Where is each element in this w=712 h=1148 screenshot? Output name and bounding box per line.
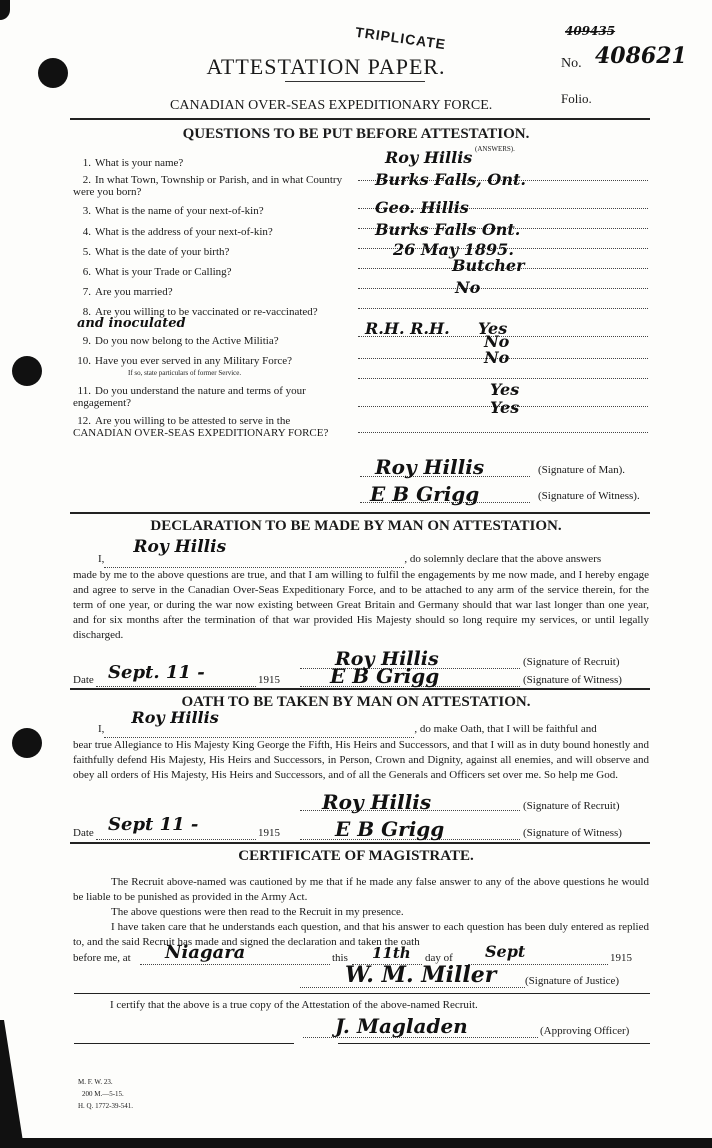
- declaration-heading: DECLARATION TO BE MADE BY MAN ON ATTESTA…: [0, 518, 712, 535]
- declaration-signature-witness: E B Grigg: [330, 664, 439, 688]
- question-row: 9.Do you now belong to the Active Militi…: [73, 335, 343, 347]
- approving-officer-label: (Approving Officer): [540, 1025, 629, 1037]
- answer-initials: R.H. R.H.: [365, 319, 450, 338]
- number-label: No.: [561, 56, 582, 72]
- regimental-number: 408621: [595, 43, 687, 69]
- triplicate-stamp: TRIPLICATE: [354, 24, 447, 53]
- before-me-label: before me, at: [73, 952, 131, 964]
- magistrate-heading: CERTIFICATE OF MAGISTRATE.: [0, 848, 712, 865]
- oath-signature-witness: E B Grigg: [335, 817, 444, 841]
- folio-label: Folio.: [561, 91, 592, 107]
- magistrate-year: 1915: [610, 952, 632, 964]
- question-row: 5.What is the date of your birth?: [73, 246, 343, 258]
- declaration-opening: I,Roy Hillis , do solemnly declare that …: [73, 552, 649, 568]
- oath-heading: OATH TO BE TAKEN BY MAN ON ATTESTATION.: [0, 694, 712, 711]
- oath-date: Sept 11 -: [108, 814, 198, 835]
- magistrate-month: Sept: [485, 942, 525, 961]
- question-number: 6.: [73, 266, 91, 278]
- answer-value: Yes: [490, 398, 519, 417]
- magistrate-para-2: The above questions were then read to th…: [73, 905, 649, 920]
- question-number: 11.: [73, 385, 91, 397]
- answer-value: Geo. Hillis: [375, 198, 469, 217]
- scan-edge: [0, 0, 10, 20]
- magistrate-para-1: The Recruit above-named was cautioned by…: [73, 875, 649, 905]
- question-text: What is the address of your next-of-kin?: [95, 226, 273, 238]
- signature-witness: E B Grigg: [370, 482, 479, 506]
- answer-value: Roy Hillis: [385, 148, 472, 167]
- question-row: 11.Do you understand the nature and term…: [73, 385, 343, 409]
- punch-hole: [12, 356, 42, 386]
- divider: [70, 512, 650, 514]
- question-row: 8.Are you willing to be vaccinated or re…: [73, 306, 343, 330]
- signature-witness-label: (Signature of Witness).: [538, 490, 640, 502]
- question-text: What is the name of your next-of-kin?: [95, 205, 264, 217]
- scan-edge: [0, 1020, 40, 1148]
- answer-line: [358, 378, 648, 379]
- declaration-body: made by me to the above questions are tr…: [73, 568, 649, 643]
- answer-line: [358, 308, 648, 309]
- magistrate-day: 11th: [372, 944, 411, 962]
- divider: [74, 993, 650, 994]
- questions-heading: QUESTIONS TO BE PUT BEFORE ATTESTATION.: [0, 126, 712, 143]
- oath-body: bear true Allegiance to His Majesty King…: [73, 738, 649, 783]
- question-row: 10.Have you ever served in any Military …: [73, 355, 343, 379]
- question-row: 4.What is the address of your next-of-ki…: [73, 226, 343, 238]
- form-code: 200 M.—5-15.: [82, 1088, 133, 1100]
- answer-value: No: [455, 278, 480, 297]
- signature-recruit-label: (Signature of Recruit): [523, 656, 620, 668]
- question-number: 9.: [73, 335, 91, 347]
- question-text: What is your Trade or Calling?: [95, 266, 232, 278]
- date-label: Date: [73, 674, 94, 686]
- signature-witness-label: (Signature of Witness): [523, 827, 622, 839]
- question-subnote: If so, state particulars of former Servi…: [128, 367, 343, 379]
- divider: [70, 842, 650, 844]
- struck-number: 409435: [565, 24, 615, 38]
- punch-hole: [12, 728, 42, 758]
- question-number: 4.: [73, 226, 91, 238]
- declaration-name: Roy Hillis: [108, 540, 226, 555]
- question-row: 12.Are you willing to be attested to ser…: [73, 415, 343, 439]
- oath-signature-recruit: Roy Hillis: [322, 790, 431, 814]
- question-text: In what Town, Township or Parish, and in…: [73, 174, 342, 198]
- signature-approving-officer: J. Magladen: [335, 1014, 468, 1038]
- form-code: M. F. W. 23.: [78, 1076, 133, 1088]
- divider: [70, 688, 650, 690]
- oath-year: 1915: [258, 827, 280, 839]
- answer-value: Yes: [490, 380, 519, 399]
- divider: [70, 118, 650, 120]
- question-number: 12.: [73, 415, 91, 427]
- question-text: Are you married?: [95, 286, 173, 298]
- signature-justice: W. M. Miller: [345, 962, 496, 988]
- question-number: 5.: [73, 246, 91, 258]
- question-text: Have you ever served in any Military For…: [95, 355, 292, 367]
- question-number: 2.: [73, 174, 91, 186]
- signature-recruit-label: (Signature of Recruit): [523, 800, 620, 812]
- date-label: Date: [73, 827, 94, 839]
- question-text: What is your name?: [95, 157, 183, 169]
- form-codes: M. F. W. 23. 200 M.—5-15. H. Q. 1772-39-…: [78, 1076, 133, 1112]
- question-text: Are you willing to be attested to serve …: [73, 415, 328, 439]
- answer-line: [358, 432, 648, 433]
- subtitle: CANADIAN OVER-SEAS EXPEDITIONARY FORCE.: [170, 98, 492, 114]
- signature-justice-label: (Signature of Justice): [525, 975, 619, 987]
- signature-man: Roy Hillis: [375, 455, 484, 479]
- question-number: 1.: [73, 157, 91, 169]
- divider: [285, 81, 425, 82]
- question-row: 1.What is your name?: [73, 157, 343, 169]
- signature-witness-label: (Signature of Witness): [523, 674, 622, 686]
- answer-value: Burks Falls, Ont.: [375, 170, 526, 189]
- question-number: 3.: [73, 205, 91, 217]
- scan-edge: [0, 1138, 712, 1148]
- question-number: 10.: [73, 355, 91, 367]
- question-row: 7.Are you married?: [73, 286, 343, 298]
- answer-value: No: [484, 348, 509, 367]
- declaration-date: Sept. 11 -: [108, 662, 205, 683]
- magistrate-place: Niagara: [165, 942, 245, 963]
- answer-line: [358, 288, 648, 289]
- answer-value: Burks Falls Ont.: [375, 220, 520, 239]
- question-text: Do you now belong to the Active Militia?: [95, 335, 279, 347]
- question-row: 2.In what Town, Township or Parish, and …: [73, 174, 343, 198]
- question-number: 7.: [73, 286, 91, 298]
- oath-name: Roy Hillis: [106, 710, 218, 725]
- question-row: 3.What is the name of your next-of-kin?: [73, 205, 343, 217]
- question-row: 6.What is your Trade or Calling?: [73, 266, 343, 278]
- oath-opening: I,Roy Hillis , do make Oath, that I will…: [73, 722, 649, 738]
- signature-man-label: (Signature of Man).: [538, 464, 625, 476]
- divider: [74, 1043, 294, 1044]
- declaration-year: 1915: [258, 674, 280, 686]
- question-note: and inoculated: [77, 316, 186, 331]
- divider: [338, 1043, 650, 1044]
- form-code: H. Q. 1772-39-541.: [78, 1100, 133, 1112]
- question-text: What is the date of your birth?: [95, 246, 229, 258]
- answers-heading: (ANSWERS).: [475, 145, 515, 153]
- magistrate-para-3: I have taken care that he understands ea…: [73, 920, 649, 950]
- certification-text: I certify that the above is a true copy …: [110, 998, 650, 1013]
- answer-value: Butcher: [452, 256, 525, 275]
- question-text: Do you understand the nature and terms o…: [73, 385, 306, 409]
